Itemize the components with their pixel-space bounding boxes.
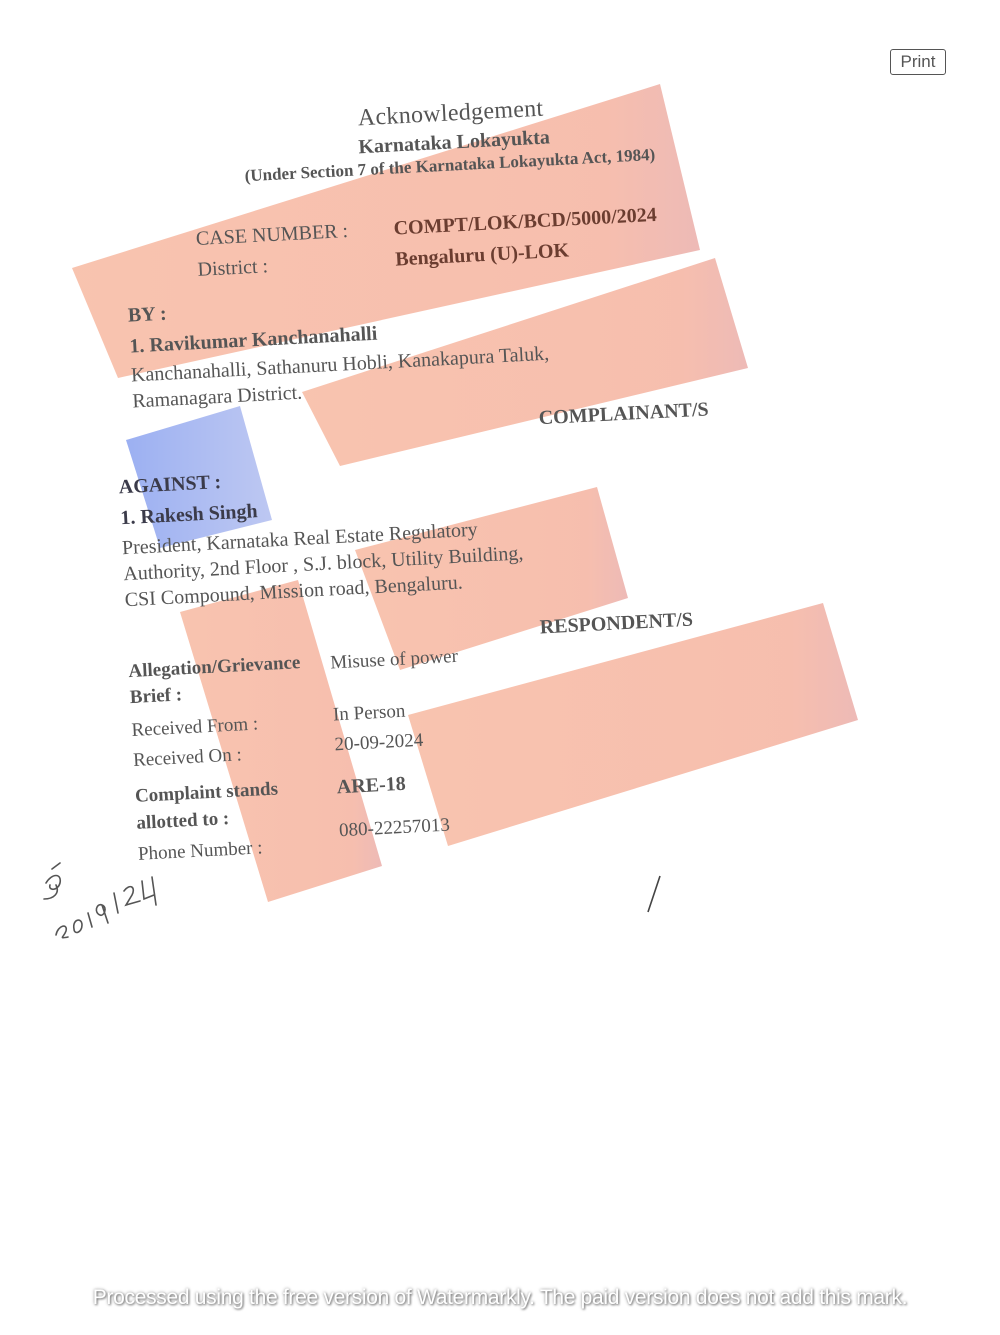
respondent-name: 1. Rakesh Singh <box>120 500 258 530</box>
allegation-label: Allegation/Grievance <box>128 652 301 683</box>
handwritten-signature-date <box>38 855 168 945</box>
received-on-label: Received On : <box>133 744 243 772</box>
district-value: Bengaluru (U)-LOK <box>395 239 570 271</box>
respondent-heading: AGAINST : <box>118 471 222 499</box>
watermark-text: Processed using the free version of Wate… <box>0 1286 1000 1310</box>
allegation-label-cont: Brief : <box>129 684 182 709</box>
complainant-address-line: Ramanagara District. <box>132 382 303 414</box>
document-title: Acknowledgement <box>357 96 544 133</box>
case-number-value: COMPT/LOK/BCD/5000/2024 <box>393 204 657 241</box>
allotted-value: ARE-18 <box>336 773 406 800</box>
case-number-label: CASE NUMBER : <box>195 220 348 251</box>
received-on-value: 20-09-2024 <box>334 730 424 757</box>
allegation-value: Misuse of power <box>330 646 459 675</box>
complainant-heading: BY : <box>127 303 167 328</box>
respondent-role: RESPONDENT/S <box>539 609 693 640</box>
received-from-label: Received From : <box>131 713 259 742</box>
handwritten-mark <box>640 870 670 920</box>
allotted-label-cont: allotted to : <box>136 808 230 835</box>
phone-value: 080-22257013 <box>339 815 451 843</box>
allotted-label: Complaint stands <box>135 778 279 807</box>
complainant-role: COMPLAINANT/S <box>538 398 709 430</box>
district-label: District : <box>197 255 269 282</box>
received-from-value: In Person <box>333 701 406 727</box>
